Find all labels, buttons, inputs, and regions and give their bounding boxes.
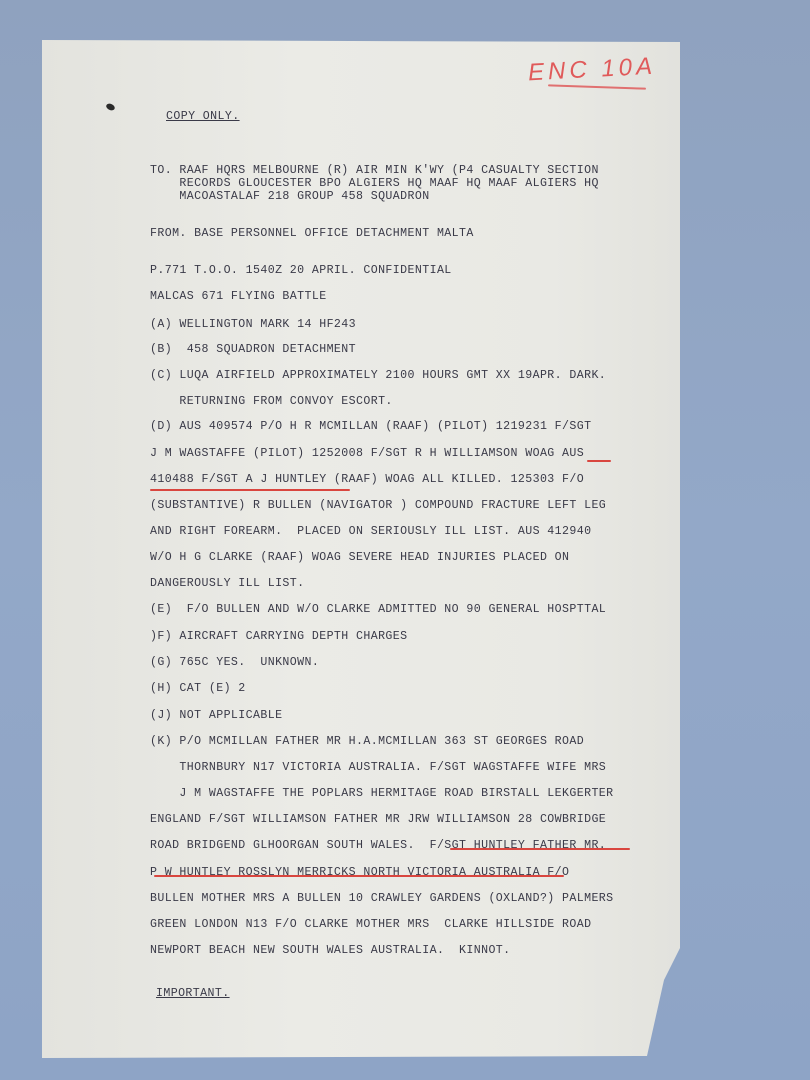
important-footer: IMPORTANT.	[156, 988, 230, 1000]
body-line: GREEN LONDON N13 F/O CLARKE MOTHER MRS C…	[150, 919, 591, 931]
from-line: FROM. BASE PERSONNEL OFFICE DETACHMENT M…	[150, 228, 474, 240]
body-line: RETURNING FROM CONVOY ESCORT.	[150, 396, 393, 408]
body-line: (B) 458 SQUADRON DETACHMENT	[150, 344, 356, 356]
body-line: (J) NOT APPLICABLE	[150, 710, 282, 722]
body-line: )F) AIRCRAFT CARRYING DEPTH CHARGES	[150, 631, 408, 643]
copy-only-header: COPY ONLY.	[166, 111, 240, 123]
body-line: (G) 765C YES. UNKNOWN.	[150, 657, 319, 669]
to-line: TO. RAAF HQRS MELBOURNE (R) AIR MIN K'WY…	[150, 165, 599, 177]
body-line: (SUBSTANTIVE) R BULLEN (NAVIGATOR ) COMP…	[150, 500, 606, 512]
body-line: NEWPORT BEACH NEW SOUTH WALES AUSTRALIA.…	[150, 945, 511, 957]
subject-line: MALCAS 671 FLYING BATTLE	[150, 291, 327, 303]
red-underline	[450, 848, 630, 850]
body-line: (A) WELLINGTON MARK 14 HF243	[150, 319, 356, 331]
to-line: RECORDS GLOUCESTER BPO ALGIERS HQ MAAF H…	[150, 178, 599, 190]
body-line: (D) AUS 409574 P/O H R MCMILLAN (RAAF) (…	[150, 421, 591, 433]
body-line: THORNBURY N17 VICTORIA AUSTRALIA. F/SGT …	[150, 762, 606, 774]
body-line: AND RIGHT FOREARM. PLACED ON SERIOUSLY I…	[150, 526, 591, 538]
body-line: BULLEN MOTHER MRS A BULLEN 10 CRAWLEY GA…	[150, 893, 614, 905]
body-line: ENGLAND F/SGT WILLIAMSON FATHER MR JRW W…	[150, 814, 606, 826]
body-line: (E) F/O BULLEN AND W/O CLARKE ADMITTED N…	[150, 604, 606, 616]
body-line: (C) LUQA AIRFIELD APPROXIMATELY 2100 HOU…	[150, 370, 606, 382]
to-line: MACOASTALAF 218 GROUP 458 SQUADRON	[150, 191, 430, 203]
body-line: W/O H G CLARKE (RAAF) WOAG SEVERE HEAD I…	[150, 552, 569, 564]
body-line: (K) P/O MCMILLAN FATHER MR H.A.MCMILLAN …	[150, 736, 584, 748]
red-underline	[154, 875, 564, 877]
body-line: (H) CAT (E) 2	[150, 683, 246, 695]
body-line: DANGEROUSLY ILL LIST.	[150, 578, 305, 590]
red-underline	[150, 489, 350, 491]
reference-line: P.771 T.O.O. 1540Z 20 APRIL. CONFIDENTIA…	[150, 265, 452, 277]
body-line: J M WAGSTAFFE THE POPLARS HERMITAGE ROAD…	[150, 788, 614, 800]
body-line: J M WAGSTAFFE (PILOT) 1252008 F/SGT R H …	[150, 448, 584, 460]
body-line: 410488 F/SGT A J HUNTLEY (RAAF) WOAG ALL…	[150, 474, 584, 486]
red-underline	[587, 460, 611, 462]
